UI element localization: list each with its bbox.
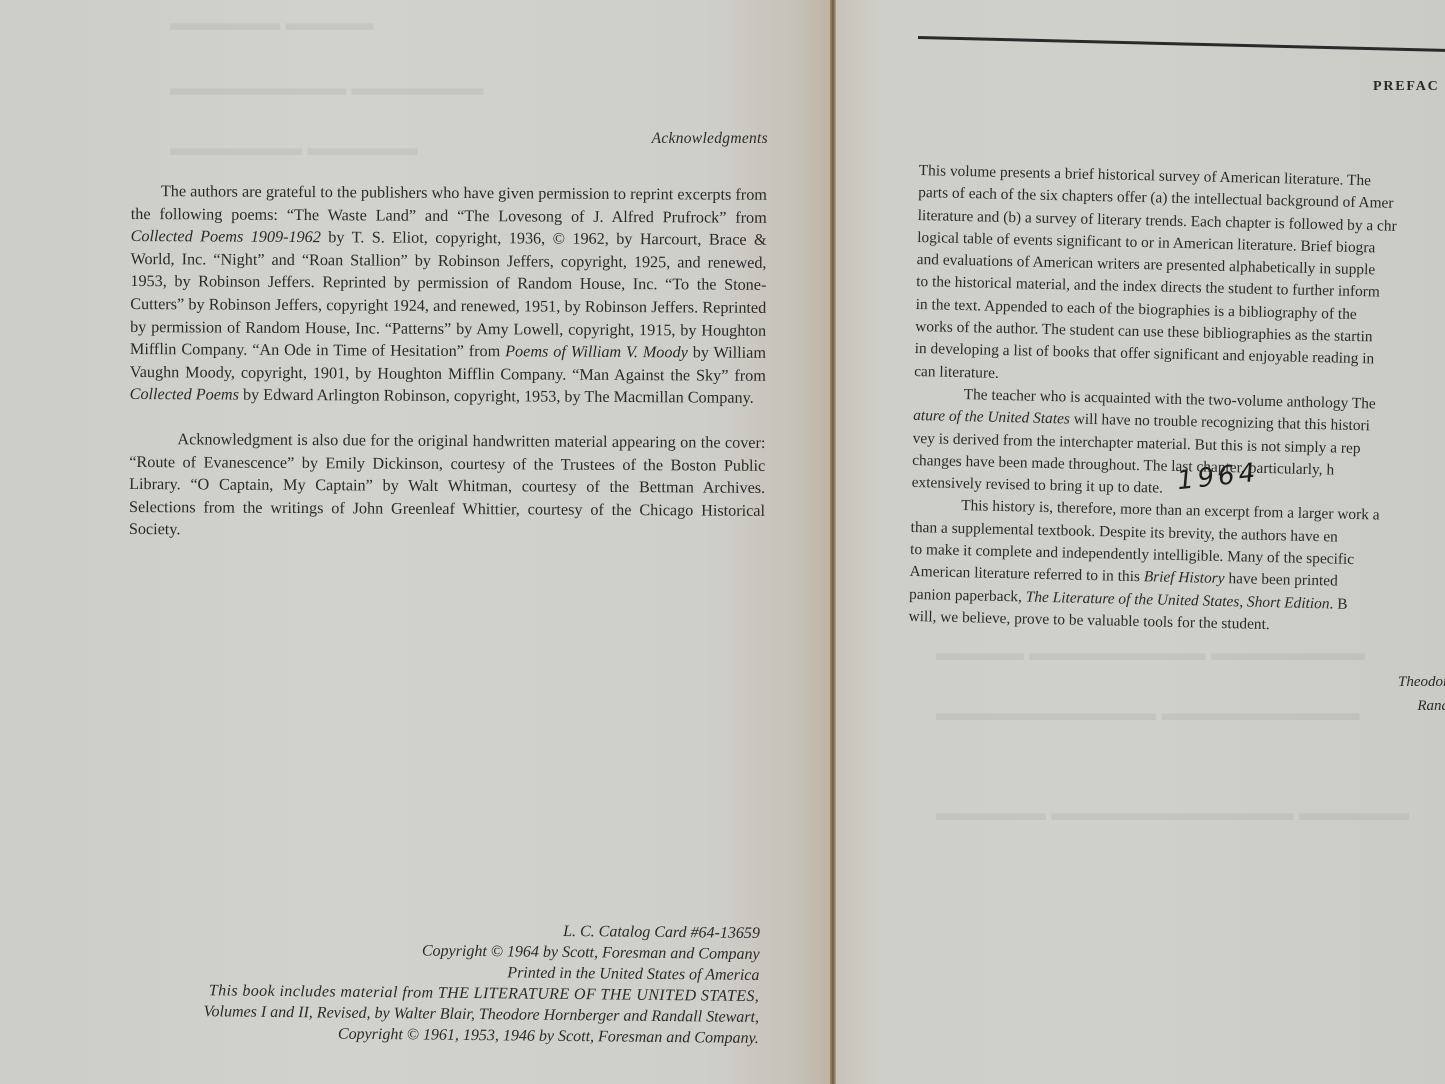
colophon: L. C. Catalog Card #64-13659 Copyright ©… [59, 916, 760, 1049]
text-segment: by T. S. Eliot, copyright, 1936, © 1962,… [130, 228, 767, 360]
preface-title: PREFAC [1373, 79, 1440, 95]
show-through-text: ▬▬▬▬▬ ▬▬▬▬▬▬ [170, 135, 418, 161]
signature-line: W [1245, 646, 1445, 670]
acknowledgments-paragraph-2: Acknowledgment is also due for the origi… [129, 428, 766, 545]
text-segment: Acknowledgment is also due for the origi… [129, 430, 766, 538]
text-segment: American literature referred to in this [909, 563, 1144, 585]
text-segment: The authors are grateful to the publishe… [131, 182, 767, 226]
book-title-italic: ature of the United States [913, 407, 1070, 428]
author-signatures: W Theodore Rand [1245, 646, 1445, 718]
text-segment: by Edward Arlington Robinson, copyright,… [239, 386, 754, 407]
text-segment: will have no trouble recognizing that th… [1074, 411, 1371, 435]
preface-body: This volume presents a brief historical … [908, 160, 1445, 642]
show-through-text: ▬▬▬▬▬ ▬▬▬▬▬▬▬▬▬▬▬ ▬▬▬▬▬ [936, 800, 1409, 826]
signature-line: Theodore [1245, 670, 1445, 694]
text-segment: have been printed [1228, 570, 1338, 589]
open-book-spread: ▬▬▬▬ ▬▬▬▬▬ ▬▬▬▬▬▬ ▬▬▬▬▬▬▬▬ ▬▬▬▬▬ ▬▬▬▬▬▬ … [0, 0, 1445, 1084]
show-through-text: ▬▬▬▬ ▬▬▬▬▬ [170, 10, 374, 36]
acknowledgments-paragraph-1: The authors are grateful to the publishe… [130, 180, 767, 410]
show-through-text: ▬▬▬▬▬▬ ▬▬▬▬▬▬▬▬ [170, 75, 484, 101]
acknowledgments-body: The authors are grateful to the publishe… [129, 180, 767, 567]
text-segment: . B [1329, 595, 1347, 612]
text-segment: panion paperback, [909, 586, 1026, 606]
acknowledgments-heading: Acknowledgments [652, 130, 768, 148]
signature-line: Rand [1245, 694, 1445, 718]
book-title-italic: Brief History [1144, 569, 1225, 588]
book-title-italic: Poems of William V. Moody [505, 342, 688, 361]
book-title-italic: The Literature of the United States, Sho… [1026, 588, 1330, 612]
book-title-italic: Collected Poems 1909-1962 [131, 227, 321, 246]
book-title-italic: Collected Poems [130, 385, 239, 404]
left-page: ▬▬▬▬ ▬▬▬▬▬ ▬▬▬▬▬▬ ▬▬▬▬▬▬▬▬ ▬▬▬▬▬ ▬▬▬▬▬▬ … [0, 0, 830, 1084]
